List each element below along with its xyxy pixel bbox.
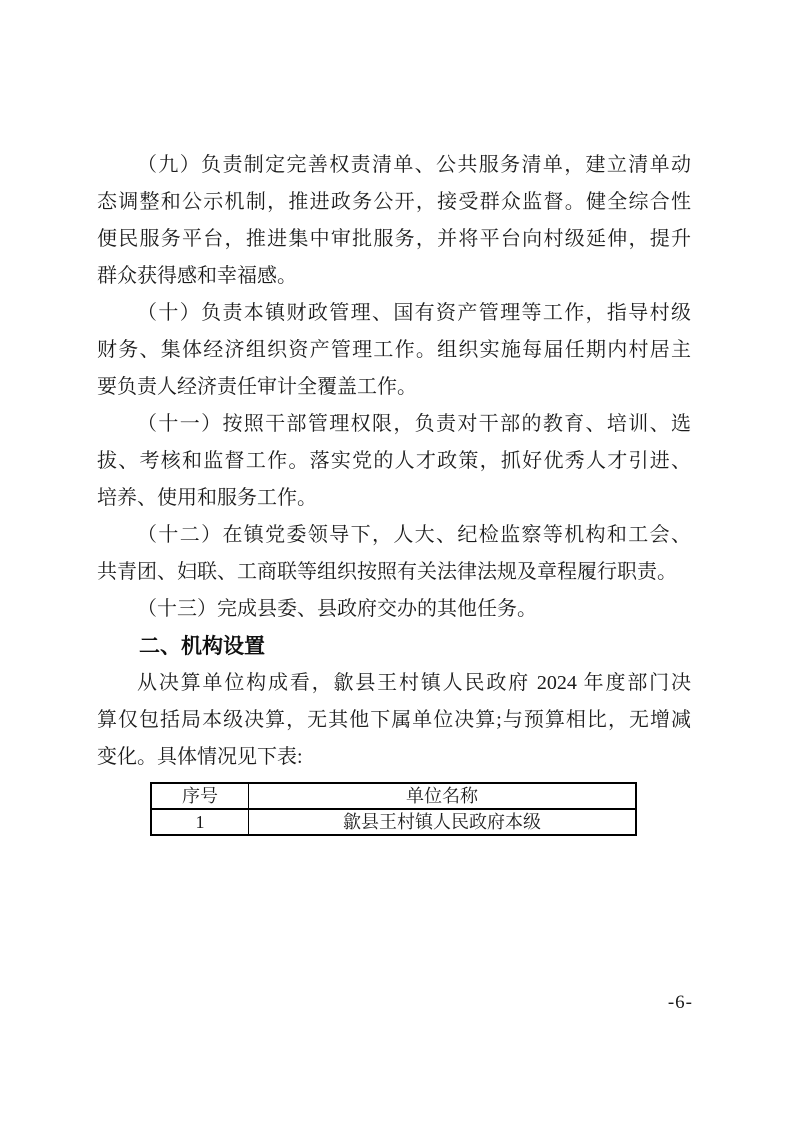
- paragraph: （十二）在镇党委领导下，人大、纪检监察等机构和工会、共青团、妇联、工商联等组织按…: [97, 517, 691, 591]
- table-cell-number: 1: [151, 809, 249, 835]
- document-body: （九）负责制定完善权责清单、公共服务清单，建立清单动态调整和公示机制，推进政务公…: [97, 147, 691, 836]
- text-line: 变化。具体情况见下表:: [97, 739, 691, 776]
- duties-paragraphs: （九）负责制定完善权责清单、公共服务清单，建立清单动态调整和公示机制，推进政务公…: [97, 147, 691, 628]
- paragraph: 从决算单位构成看，歙县王村镇人民政府 2024 年度部门决算仅包括局本级决算，无…: [97, 665, 691, 776]
- table-header-cell-unit-name: 单位名称: [249, 783, 637, 809]
- text-line: （十三）完成县委、县政府交办的其他任务。: [97, 591, 691, 628]
- text-line: （十二）在镇党委领导下，人大、纪检监察等机构和工会、: [97, 517, 691, 554]
- units-table-body: 1歙县王村镇人民政府本级: [151, 809, 636, 835]
- page-number: -6-: [97, 992, 693, 1014]
- text-line: 要负责人经济责任审计全覆盖工作。: [97, 369, 691, 406]
- paragraph: （十一）按照干部管理权限，负责对干部的教育、培训、选拔、考核和监督工作。落实党的…: [97, 406, 691, 517]
- units-table: 序号 单位名称 1歙县王村镇人民政府本级: [150, 782, 637, 836]
- units-table-head: 序号 单位名称: [151, 783, 636, 809]
- text-line: 便民服务平台，推进集中审批服务，并将平台向村级延伸，提升: [97, 221, 691, 258]
- table-header-row: 序号 单位名称: [151, 783, 636, 809]
- text-line: 拔、考核和监督工作。落实党的人才政策，抓好优秀人才引进、: [97, 443, 691, 480]
- text-line: 从决算单位构成看，歙县王村镇人民政府 2024 年度部门决: [97, 665, 691, 702]
- text-line: 群众获得感和幸福感。: [97, 258, 691, 295]
- table-cell-unit-name: 歙县王村镇人民政府本级: [249, 809, 637, 835]
- text-line: 财务、集体经济组织资产管理工作。组织实施每届任期内村居主: [97, 332, 691, 369]
- text-line: 态调整和公示机制，推进政务公开，接受群众监督。健全综合性: [97, 184, 691, 221]
- table-row: 1歙县王村镇人民政府本级: [151, 809, 636, 835]
- text-line: 培养、使用和服务工作。: [97, 480, 691, 517]
- paragraph: （十）负责本镇财政管理、国有资产管理等工作，指导村级财务、集体经济组织资产管理工…: [97, 295, 691, 406]
- text-line: 共青团、妇联、工商联等组织按照有关法律法规及章程履行职责。: [97, 554, 691, 591]
- document-page: （九）负责制定完善权责清单、公共服务清单，建立清单动态调整和公示机制，推进政务公…: [0, 0, 793, 1122]
- text-line: （十一）按照干部管理权限，负责对干部的教育、培训、选: [97, 406, 691, 443]
- section-heading: 二、机构设置: [97, 628, 691, 665]
- text-line: （九）负责制定完善权责清单、公共服务清单，建立清单动: [97, 147, 691, 184]
- paragraph: （九）负责制定完善权责清单、公共服务清单，建立清单动态调整和公示机制，推进政务公…: [97, 147, 691, 295]
- text-line: 算仅包括局本级决算，无其他下属单位决算;与预算相比，无增减: [97, 702, 691, 739]
- paragraph: （十三）完成县委、县政府交办的其他任务。: [97, 591, 691, 628]
- text-line: （十）负责本镇财政管理、国有资产管理等工作，指导村级: [97, 295, 691, 332]
- org-setup-paragraph: 从决算单位构成看，歙县王村镇人民政府 2024 年度部门决算仅包括局本级决算，无…: [97, 665, 691, 776]
- table-header-cell-number: 序号: [151, 783, 249, 809]
